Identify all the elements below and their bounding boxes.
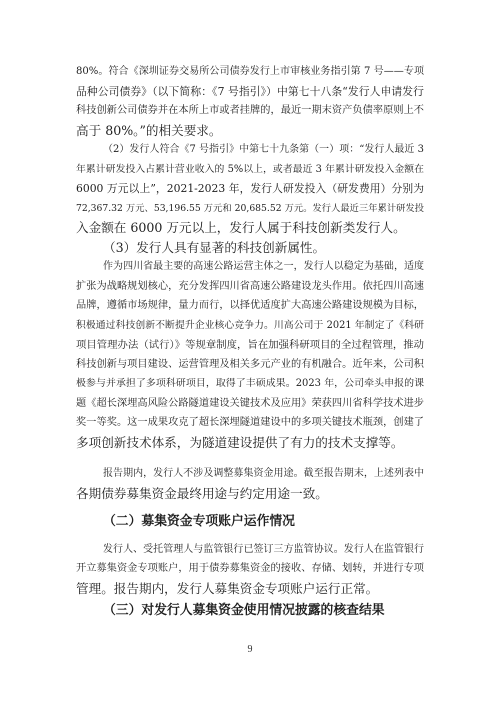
text-line: 极参与并承担了多项科研项目，取得了丰硕成果。2023 年，公司牵头申报的课: [76, 376, 424, 392]
text-line: 品牌，遵循市场规律，量力而行，以择优适度扩大高速公路建设规模为目标，: [76, 298, 424, 314]
text-line: （2）发行人符合《7 号指引》中第七十九条第（一）项：“发行人最近 3: [103, 142, 424, 158]
text-line: 作为四川省最主要的高速公路运营主体之一，发行人以稳定为基础，适度: [103, 259, 424, 275]
section-heading-special-account: （二）募集资金专项账户运作情况: [103, 514, 295, 530]
text-line: 奖一等奖。这一成果攻克了超长深埋隧道建设中的多项关键技术瓶颈，创建了: [76, 415, 424, 431]
text-line: 多项创新技术体系，为隧道建设提供了有力的技术支撑等。: [76, 435, 424, 451]
text-line: 科技创新公司债券并在本所上市或者挂牌的，最近一期末资产负债率原则上不: [76, 103, 424, 119]
text-line: 开立募集资金专项账户，用于债券募集资金的接收、存储、划转，并进行专项: [76, 561, 424, 577]
text-line: 72,367.32 万元、53,196.55 万元和 20,685.52 万元。…: [76, 201, 424, 217]
text-line: 报告期内，发行人不涉及调整募集资金用途。截至报告期末，上述列表中: [103, 466, 424, 482]
text-line: 品种公司债券》（以下简称：《7 号指引》）中第七十八条“发行人申请发行: [76, 84, 424, 100]
text-line: 80%。符合《深圳证券交易所公司债券发行上市审核业务指引第 7 号——专项: [76, 64, 424, 80]
text-line: 积极通过科技创新不断提升企业核心竞争力。川高公司于 2021 年制定了《科研: [76, 318, 424, 334]
text-line: 管理。报告期内，发行人募集资金专项账户运行正常。: [76, 581, 424, 597]
text-line: 6000 万元以上”，2021-2023 年，发行人研发投入（研发费用）分别为: [76, 181, 424, 197]
document-page: 80%。符合《深圳证券交易所公司债券发行上市审核业务指引第 7 号——专项 品种…: [0, 0, 500, 707]
text-line: 各期债券募集资金最终用途与约定用途一致。: [76, 486, 424, 502]
text-line: 入金额在 6000 万元以上，发行人属于科技创新类发行人。: [76, 220, 424, 236]
text-line: 年累计研发投入占累计营业收入的 5%以上，或者最近 3 年累计研发投入金额在: [76, 162, 424, 178]
text-line: 扩张为战略规划核心，充分发挥四川省高速公路建设龙头作用。依托四川高速: [76, 279, 424, 295]
text-line: 科技创新与项目建设、运营管理及相关多元产业的有机融合。近年来，公司积: [76, 357, 424, 373]
section-heading-verification-result: （三）对发行人募集资金使用情况披露的核查结果: [103, 603, 385, 619]
text-line: 发行人、受托管理人与监管银行已签订三方监管协议。发行人在监管银行: [103, 542, 424, 558]
text-line: 项目管理办法（试行）》等规章制度，旨在加强科研项目的全过程管理，推动: [76, 337, 424, 353]
text-line: 题《超长深埋高风险公路隧道建设关键技术及应用》荣获四川省科学技术进步: [76, 396, 424, 412]
text-line: 高于 80%。”的相关要求。: [76, 123, 424, 139]
text-line: （3）发行人具有显著的科技创新属性。: [103, 240, 424, 256]
page-number: 9: [0, 644, 500, 655]
